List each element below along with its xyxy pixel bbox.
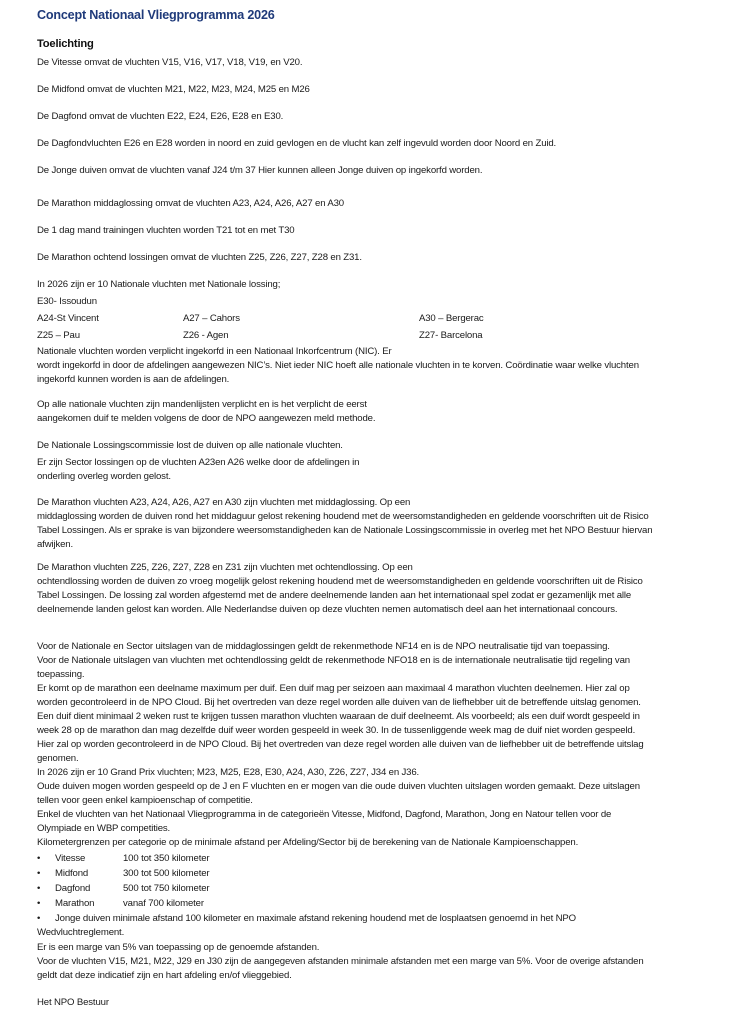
middaglossing-paragraph: De Marathon vluchten A23, A24, A26, A27 … <box>37 496 410 509</box>
national-flight: A30 – Bergerac <box>419 312 484 325</box>
rules-line: week 28 op de marathon dan mag dezelfde … <box>37 724 635 737</box>
intro-marathon-middag: De Marathon middaglossing omvat de vluch… <box>37 197 344 210</box>
distance-bullet-vitesse: •Vitesse100 tot 350 kilometer <box>37 852 209 865</box>
margin-line: geldt dat deze indicatief zijn en hart a… <box>37 969 292 982</box>
margin-line: Voor de vluchten V15, M21, M22, J29 en J… <box>37 955 644 968</box>
rules-line: worden gecontroleerd in de NPO Cloud. Bi… <box>37 696 641 709</box>
ochtendlossing-paragraph: deelnemende landen gelost kan worden. Al… <box>37 603 617 616</box>
intro-midfond: De Midfond omvat de vluchten M21, M22, M… <box>37 83 310 96</box>
rules-line: Hier zal op worden gecontroleerd in de N… <box>37 738 644 751</box>
national-flight: Z25 – Pau <box>37 329 80 342</box>
national-flight: Z26 - Agen <box>183 329 228 342</box>
distance-bullet-jonge: •Jonge duiven minimale afstand 100 kilom… <box>37 912 576 925</box>
rules-line: Enkel de vluchten van het Nationaal Vlie… <box>37 808 611 821</box>
nic-paragraph: wordt ingekorfd in door de afdelingen aa… <box>37 359 639 372</box>
rules-line: Olympiade en WBP competities. <box>37 822 170 835</box>
margin-line: Er is een marge van 5% van toepassing op… <box>37 941 319 954</box>
rules-line: Er komt op de marathon een deelname maxi… <box>37 682 630 695</box>
rules-line: tellen voor geen enkel kampioenschap of … <box>37 794 253 807</box>
ochtendlossing-paragraph: De Marathon vluchten Z25, Z26, Z27, Z28 … <box>37 561 413 574</box>
mandenlijst-paragraph: aangekomen duif te melden volgens de doo… <box>37 412 375 425</box>
rules-line: Een duif dient minimaal 2 weken rust te … <box>37 710 640 723</box>
rules-line: toepassing. <box>37 668 84 681</box>
middaglossing-paragraph: Tabel Lossingen. Als er sprake is van bi… <box>37 524 652 537</box>
intro-trainingen: De 1 dag mand trainingen vluchten worden… <box>37 224 294 237</box>
national-flight: E30- Issoudun <box>37 295 97 308</box>
bullet-icon: • <box>37 882 55 895</box>
jonge-bullet-continuation: Wedvluchtreglement. <box>37 926 124 939</box>
bullet-icon: • <box>37 897 55 910</box>
sector-paragraph: onderling overleg worden gelost. <box>37 470 171 483</box>
distance-bullet-midfond: •Midfond300 tot 500 kilometer <box>37 867 209 880</box>
distance-bullet-marathon: •Marathonvanaf 700 kilometer <box>37 897 204 910</box>
lossingscommissie-line: De Nationale Lossingscommissie lost de d… <box>37 439 343 452</box>
bullet-icon: • <box>37 867 55 880</box>
middaglossing-paragraph: afwijken. <box>37 538 73 551</box>
kilometergrenzen-line: Kilometergrenzen per categorie op de min… <box>37 836 578 849</box>
nic-paragraph: ingekorfd kunnen worden is aan de afdeli… <box>37 373 229 386</box>
document-page: Concept Nationaal Vliegprogramma 2026 To… <box>0 0 731 1024</box>
intro-dagfond: De Dagfond omvat de vluchten E22, E24, E… <box>37 110 283 123</box>
rules-line: Oude duiven mogen worden gespeeld op de … <box>37 780 640 793</box>
ochtendlossing-paragraph: ochtendlossing worden de duiven zo vroeg… <box>37 575 643 588</box>
signature: Het NPO Bestuur <box>37 996 109 1009</box>
bullet-icon: • <box>37 912 55 925</box>
national-flight: Z27- Barcelona <box>419 329 483 342</box>
national-flight: A27 – Cahors <box>183 312 240 325</box>
intro-marathon-ochtend: De Marathon ochtend lossingen omvat de v… <box>37 251 362 264</box>
rules-line: genomen. <box>37 752 78 765</box>
intro-dagfondvluchten: De Dagfondvluchten E26 en E28 worden in … <box>37 137 556 150</box>
national-intro: In 2026 zijn er 10 Nationale vluchten me… <box>37 278 280 291</box>
document-title: Concept Nationaal Vliegprogramma 2026 <box>37 8 275 22</box>
middaglossing-paragraph: middaglossing worden de duiven rond het … <box>37 510 649 523</box>
section-heading: Toelichting <box>37 38 94 50</box>
nic-paragraph: Nationale vluchten worden verplicht inge… <box>37 345 392 358</box>
bullet-icon: • <box>37 852 55 865</box>
ochtendlossing-paragraph: Tabel Lossingen. De lossing zal worden a… <box>37 589 631 602</box>
sector-paragraph: Er zijn Sector lossingen op de vluchten … <box>37 456 359 469</box>
mandenlijst-paragraph: Op alle nationale vluchten zijn mandenli… <box>37 398 367 411</box>
rules-line: Voor de Nationale en Sector uitslagen va… <box>37 640 610 653</box>
grand-prix-line: In 2026 zijn er 10 Grand Prix vluchten; … <box>37 766 419 779</box>
national-flight: A24-St Vincent <box>37 312 99 325</box>
intro-vitesse: De Vitesse omvat de vluchten V15, V16, V… <box>37 56 302 69</box>
rules-line: Voor de Nationale uitslagen van vluchten… <box>37 654 630 667</box>
distance-bullet-dagfond: •Dagfond500 tot 750 kilometer <box>37 882 209 895</box>
intro-jonge: De Jonge duiven omvat de vluchten vanaf … <box>37 164 482 177</box>
